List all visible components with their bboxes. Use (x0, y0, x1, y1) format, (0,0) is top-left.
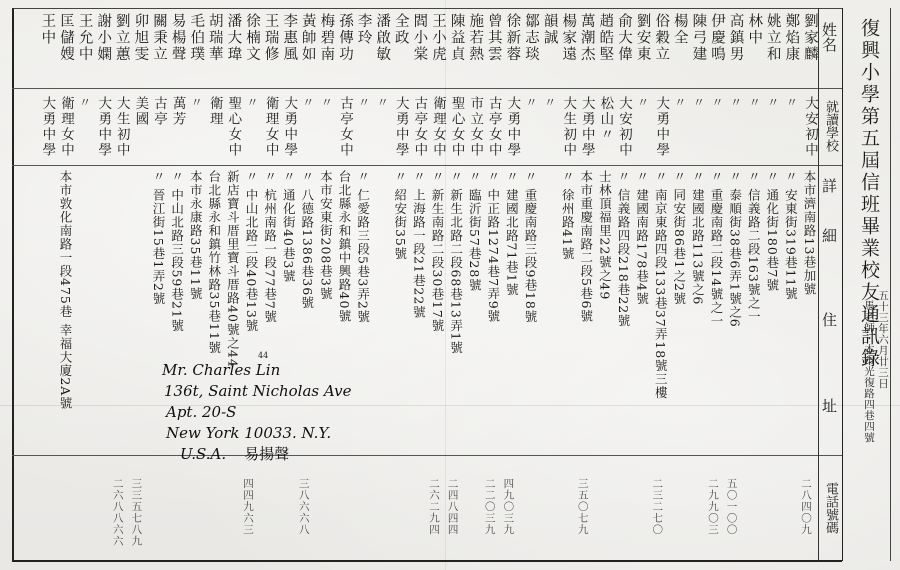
document-date: 五十三年六月廿三日 (876, 290, 891, 389)
row-phone: 二四八四四 (447, 478, 459, 536)
row-phone: 四四九六三 (242, 478, 254, 536)
row-address: 〃 徐州路41號 (558, 170, 576, 260)
header-address-1: 詳 (820, 178, 840, 193)
row-school: 古亭女中 (484, 96, 504, 158)
row-name: 李惠風 (279, 13, 299, 88)
teacher-note: 馬老師・本市光復路四巷四號 (862, 300, 877, 443)
row-school: 大勇中學 (577, 96, 597, 158)
row-school: 〃 (744, 96, 764, 110)
row-address: 台北縣永和鎮中興路40號 (335, 170, 353, 323)
row-name: 楊全 (670, 13, 690, 88)
row-address: 〃 信義路四段218巷22號 (614, 170, 632, 328)
row-phone: 二六二九四 (428, 478, 440, 536)
row-school: 〃 (726, 96, 746, 110)
row-school: 大生初中 (558, 96, 578, 158)
row-name: 趙皓堅 (595, 13, 615, 88)
row-address: 〃 通化街40巷3號 (279, 170, 297, 283)
row-school: 大勇中學 (93, 96, 113, 158)
row-phone: 三八六六八 (298, 478, 310, 536)
row-school: 聖心女中 (223, 96, 243, 158)
row-school: 萬芳 (168, 96, 188, 127)
row-name: 潘啟敏 (372, 13, 392, 88)
row-name: 易楊聲 (168, 13, 188, 88)
row-school: 古亭 (149, 96, 169, 127)
row-school: 〃 (372, 96, 392, 110)
row-address: 新店寶斗厝里寶斗厝路40號之44 (223, 170, 241, 368)
superscript-note: 44 (258, 351, 268, 360)
row-name: 楊家遠 (558, 13, 578, 88)
row-name: 徐新蓉 (502, 13, 522, 88)
row-address: 〃 臨沂街57巷28號 (465, 170, 483, 292)
row-school: 松山〃 (595, 96, 615, 143)
row-phone: 四九〇三九 (502, 478, 514, 536)
row-school: 〃 (781, 96, 801, 110)
row-name: 韻誠 (540, 13, 560, 88)
row-name: 姚立和 (763, 13, 783, 88)
row-school: 〃 (242, 96, 262, 110)
row-name: 李玲 (354, 13, 374, 88)
row-phone: 二三二七〇 (651, 478, 663, 536)
row-school: 〃 (763, 96, 783, 110)
row-address: 〃 新生南路二段30巷17號 (428, 170, 446, 332)
row-name: 王小虎 (428, 13, 448, 88)
row-name: 劉安東 (633, 13, 653, 88)
row-name: 王允中 (75, 13, 95, 88)
english-line-3: Apt. 20-S (166, 402, 351, 423)
row-address: 〃 南京東路四段133巷37弄18號三樓 (651, 170, 669, 400)
row-address: 〃 杭州南路一段77巷7號 (261, 170, 279, 323)
row-address: 〃 泰順街38巷6弄1號之6 (726, 170, 744, 328)
rule-below-schools (12, 165, 842, 166)
row-address: 本市永康路35巷11號 (186, 170, 204, 300)
row-address: 〃 建國北路71巷1號 (502, 170, 520, 296)
row-school: 大勇中學 (279, 96, 299, 158)
row-name: 王瑞修 (261, 13, 281, 88)
row-name: 林中 (744, 13, 764, 88)
row-name: 謝小嫻 (93, 13, 113, 88)
row-address: 〃 八德路1386巷36號 (298, 170, 316, 310)
header-name: 姓名 (820, 22, 840, 52)
row-name: 卯旭雯 (130, 13, 150, 88)
row-name: 陳益貞 (447, 13, 467, 88)
row-school: 〃 (540, 96, 560, 110)
row-school: 大勇中學 (391, 96, 411, 158)
header-address-3: 住 (820, 312, 840, 327)
row-school: 〃 (707, 96, 727, 110)
row-name: 梅碧南 (316, 13, 336, 88)
row-phone: 五〇一〇〇 (726, 478, 738, 536)
row-address: 本市敦化南路一段475巷 幸福大廈2A號 (56, 170, 74, 410)
row-school: 衛理女中 (428, 96, 448, 158)
row-school: 〃 (186, 96, 206, 110)
row-address: 〃 通化街180巷7號 (763, 170, 781, 292)
row-school: 大勇中學 (502, 96, 522, 158)
row-name: 關秉立 (149, 13, 169, 88)
row-address: 〃 新生北路二段68巷13弄1號 (447, 170, 465, 355)
row-school: 〃 (688, 96, 708, 110)
row-address: 本市濟南路13巷加號 (800, 170, 818, 296)
row-school: 衛理女中 (261, 96, 281, 158)
row-address: 〃 仁愛路三段5巷3弄2號 (354, 170, 372, 323)
row-school: 聖心女中 (447, 96, 467, 158)
signature: 易揚聲 (244, 445, 289, 463)
row-name: 萬潮杰 (577, 13, 597, 88)
row-address: 〃 重慶南路三段9巷18號 (521, 170, 539, 323)
row-school: 市立女中 (465, 96, 485, 158)
row-address: 〃 晉江街15巷1弄2號 (149, 170, 167, 305)
row-school: 〃 (316, 96, 336, 110)
english-line-2: 136t, Saint Nicholas Ave (164, 381, 351, 402)
rule-below-addresses (12, 455, 842, 456)
row-school: 〃 (354, 96, 374, 110)
row-name: 伊慶鳴 (707, 13, 727, 88)
row-name: 孫傳功 (335, 13, 355, 88)
row-school: 大勇中學 (651, 96, 671, 158)
row-name: 曾其雲 (484, 13, 504, 88)
header-school: 就讀學校 (820, 100, 840, 152)
row-school: 美國 (130, 96, 150, 127)
rule-title-column (842, 8, 843, 561)
row-address: 〃 同安街86巷1之2號 (670, 170, 688, 305)
rule-header-column (818, 8, 819, 561)
row-phone: 二六八八六六 (112, 478, 124, 547)
row-address: 〃 上海路一段21巷22號 (409, 170, 427, 319)
row-name: 毛伯璞 (186, 13, 206, 88)
row-school: 衛理女中 (56, 96, 76, 158)
row-name: 俞大偉 (614, 13, 634, 88)
header-address-4: 址 (820, 398, 840, 413)
row-name: 陳弓建 (688, 13, 708, 88)
english-line-1: Mr. Charles Lin (162, 360, 351, 381)
row-address: 〃 中正路1274巷7弄9號 (484, 170, 502, 323)
row-name: 閻小棠 (409, 13, 429, 88)
row-phone: 二九九〇三 (707, 478, 719, 536)
row-name: 全政 (391, 13, 411, 88)
row-address: 〃 建國南路178巷4號 (633, 170, 651, 305)
row-school: 〃 (633, 96, 653, 110)
row-name: 俗穀立 (651, 13, 671, 88)
row-name: 鄭焰康 (781, 13, 801, 88)
row-address: 〃 中山北路二段40巷13號 (242, 170, 260, 332)
row-address: 〃 建國北路113號之6 (688, 170, 706, 305)
row-school: 〃 (521, 96, 541, 110)
row-school: 大生初中 (112, 96, 132, 158)
english-line-4: New York 10033. N.Y. (166, 423, 351, 444)
row-school: 大安初中 (800, 96, 820, 158)
row-phone: 二八四〇九 (800, 478, 812, 536)
english-line-5: U.S.A. (180, 445, 226, 463)
row-school: 〃 (670, 96, 690, 110)
row-name: 匡儲嫂 (56, 13, 76, 88)
row-address: 台北縣永和鎮竹林路35巷11號 (205, 170, 223, 354)
row-name: 高鎮男 (726, 13, 746, 88)
row-name: 黃帥如 (298, 13, 318, 88)
row-address: 〃 信義路二段163號之一 (744, 170, 762, 323)
header-phone: 電話號碼 (820, 482, 840, 534)
header-address-2: 細 (820, 228, 840, 243)
row-phone: 二二〇三九 (484, 478, 496, 536)
row-school: 大勇中學 (37, 96, 57, 158)
row-name: 劉立蕙 (112, 13, 132, 88)
row-address: 士林頂福里22號之49 (595, 170, 613, 300)
row-school: 古亭女中 (409, 96, 429, 158)
row-address: 本市重慶南路二段5巷6號 (577, 170, 595, 323)
row-school: 大安初中 (614, 96, 634, 158)
row-name: 王中 (37, 13, 57, 88)
row-school: 衛理 (205, 96, 225, 127)
row-school: 〃 (75, 96, 95, 110)
row-name: 鄒志琰 (521, 13, 541, 88)
row-address: 〃 紹安街35號 (391, 170, 409, 260)
rule-title-right (890, 8, 891, 561)
row-phone: 三五〇七九 (577, 478, 589, 536)
row-name: 胡瑞華 (205, 13, 225, 88)
rule-below-names (12, 88, 842, 89)
row-name: 徐楠文 (242, 13, 262, 88)
overseas-address-note: Mr. Charles Lin 136t, Saint Nicholas Ave… (162, 360, 351, 465)
row-address: 〃 中山北路三段59巷21號 (168, 170, 186, 332)
row-school: 古亭女中 (335, 96, 355, 158)
row-address: 本市安東街208巷3號 (316, 170, 334, 300)
row-address: 〃 安東街319巷11號 (781, 170, 799, 301)
row-school: 〃 (298, 96, 318, 110)
row-name: 劉家麟 (800, 13, 820, 88)
row-name: 施若熱 (465, 13, 485, 88)
row-address: 〃 重慶南路二段14號之一 (707, 170, 725, 328)
row-phone: 三三五七八九 (130, 478, 142, 547)
row-name: 潘大瑋 (223, 13, 243, 88)
